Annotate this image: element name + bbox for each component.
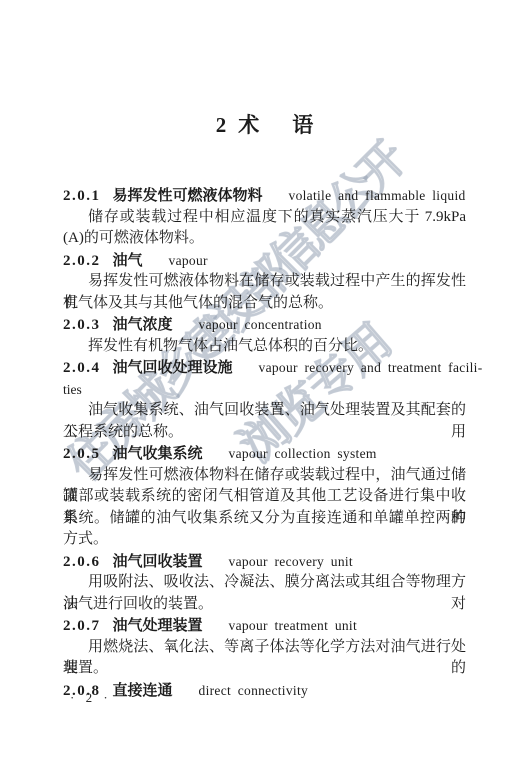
term-name-cn: 油气收集系统 bbox=[113, 444, 203, 466]
term-heading-2-0-3: 2.0.3油气浓度vapour concentration bbox=[63, 314, 466, 336]
definition-line: 易挥发性可燃液体物料在储存或装载过程中，油气通过储罐 bbox=[63, 465, 466, 487]
term-heading-2-0-1: 2.0.1易挥发性可燃液体物料volatile and flammable li… bbox=[63, 185, 466, 207]
term-name-en: vapour recovery and treatment facili- bbox=[259, 357, 483, 379]
term-number: 2.0.3 bbox=[63, 315, 101, 337]
term-number: 2.0.7 bbox=[63, 616, 101, 638]
term-number: 2.0.6 bbox=[63, 552, 101, 574]
definition-line: 挥发性有机物气体占油气总体积的百分比。 bbox=[63, 336, 466, 358]
page-number: · 2 · bbox=[70, 690, 112, 706]
term-heading-2-0-4: 2.0.4油气回收处理设施vapour recovery and treatme… bbox=[63, 357, 466, 379]
document-page: 住房城乡建设部信息公开 浏览专用 2术语 2.0.1易挥发性可燃液体物料vola… bbox=[0, 0, 529, 767]
term-heading-2-0-5: 2.0.5油气收集系统vapour collection system bbox=[63, 443, 466, 465]
definition-line: 储存或装载过程中相应温度下的真实蒸汽压大于 7.9kPa bbox=[63, 207, 466, 229]
term-name-cn: 油气处理装置 bbox=[113, 616, 203, 638]
definition-line: 方式。 bbox=[63, 529, 466, 551]
term-name-cn: 油气回收装置 bbox=[113, 552, 203, 574]
definition-line: (A)的可燃液体物料。 bbox=[63, 228, 466, 250]
term-name-cn: 油气 bbox=[113, 251, 143, 273]
term-heading-2-0-8: 2.0.8直接连通direct connectivity bbox=[63, 680, 466, 702]
definition-line: 机气体及其与其他气体的混合气的总称。 bbox=[63, 293, 466, 315]
term-name-cn: 油气浓度 bbox=[113, 315, 173, 337]
term-name-en: volatile and flammable liquid bbox=[289, 185, 466, 207]
term-name-en: direct connectivity bbox=[199, 680, 309, 702]
chapter-title: 2术语 bbox=[0, 110, 529, 140]
definition-line: 用吸附法、吸收法、冷凝法、膜分离法或其组合等物理方法对 bbox=[63, 572, 466, 594]
chapter-number: 2 bbox=[216, 113, 227, 137]
definition-line: ties bbox=[63, 379, 466, 401]
term-name-cn: 直接连通 bbox=[113, 681, 173, 703]
definition-line: 油气收集系统、油气回收装置、油气处理装置及其配套的公用 bbox=[63, 400, 466, 422]
term-number: 2.0.4 bbox=[63, 358, 101, 380]
term-number: 2.0.1 bbox=[63, 186, 101, 208]
term-name-cn: 易挥发性可燃液体物料 bbox=[113, 186, 263, 208]
term-heading-2-0-6: 2.0.6油气回收装置vapour recovery unit bbox=[63, 551, 466, 573]
term-heading-2-0-7: 2.0.7油气处理装置vapour treatment unit bbox=[63, 615, 466, 637]
term-name-cn: 油气回收处理设施 bbox=[113, 358, 233, 380]
term-name-en: vapour treatment unit bbox=[229, 615, 358, 637]
chapter-title-word1: 术 bbox=[238, 113, 259, 137]
term-heading-2-0-2: 2.0.2油气vapour bbox=[63, 250, 466, 272]
term-name-en: vapour collection system bbox=[229, 443, 377, 465]
definition-line: 易挥发性可燃液体物料在储存或装载过程中产生的挥发性有 bbox=[63, 271, 466, 293]
term-name-en: vapour bbox=[169, 250, 208, 272]
term-name-en: vapour concentration bbox=[199, 314, 322, 336]
term-number: 2.0.2 bbox=[63, 251, 101, 273]
definition-line: 用燃烧法、氧化法、等离子体法等化学方法对油气进行处理的 bbox=[63, 637, 466, 659]
definition-line: 系统。储罐的油气收集系统又分为直接连通和单罐单控两种 bbox=[63, 508, 466, 530]
term-name-en: vapour recovery unit bbox=[229, 551, 353, 573]
definition-line: 顶部或装载系统的密闭气相管道及其他工艺设备进行集中收集的 bbox=[63, 486, 466, 508]
terminology-list: 2.0.1易挥发性可燃液体物料volatile and flammable li… bbox=[63, 185, 466, 701]
chapter-title-word2: 语 bbox=[292, 113, 313, 137]
term-number: 2.0.5 bbox=[63, 444, 101, 466]
